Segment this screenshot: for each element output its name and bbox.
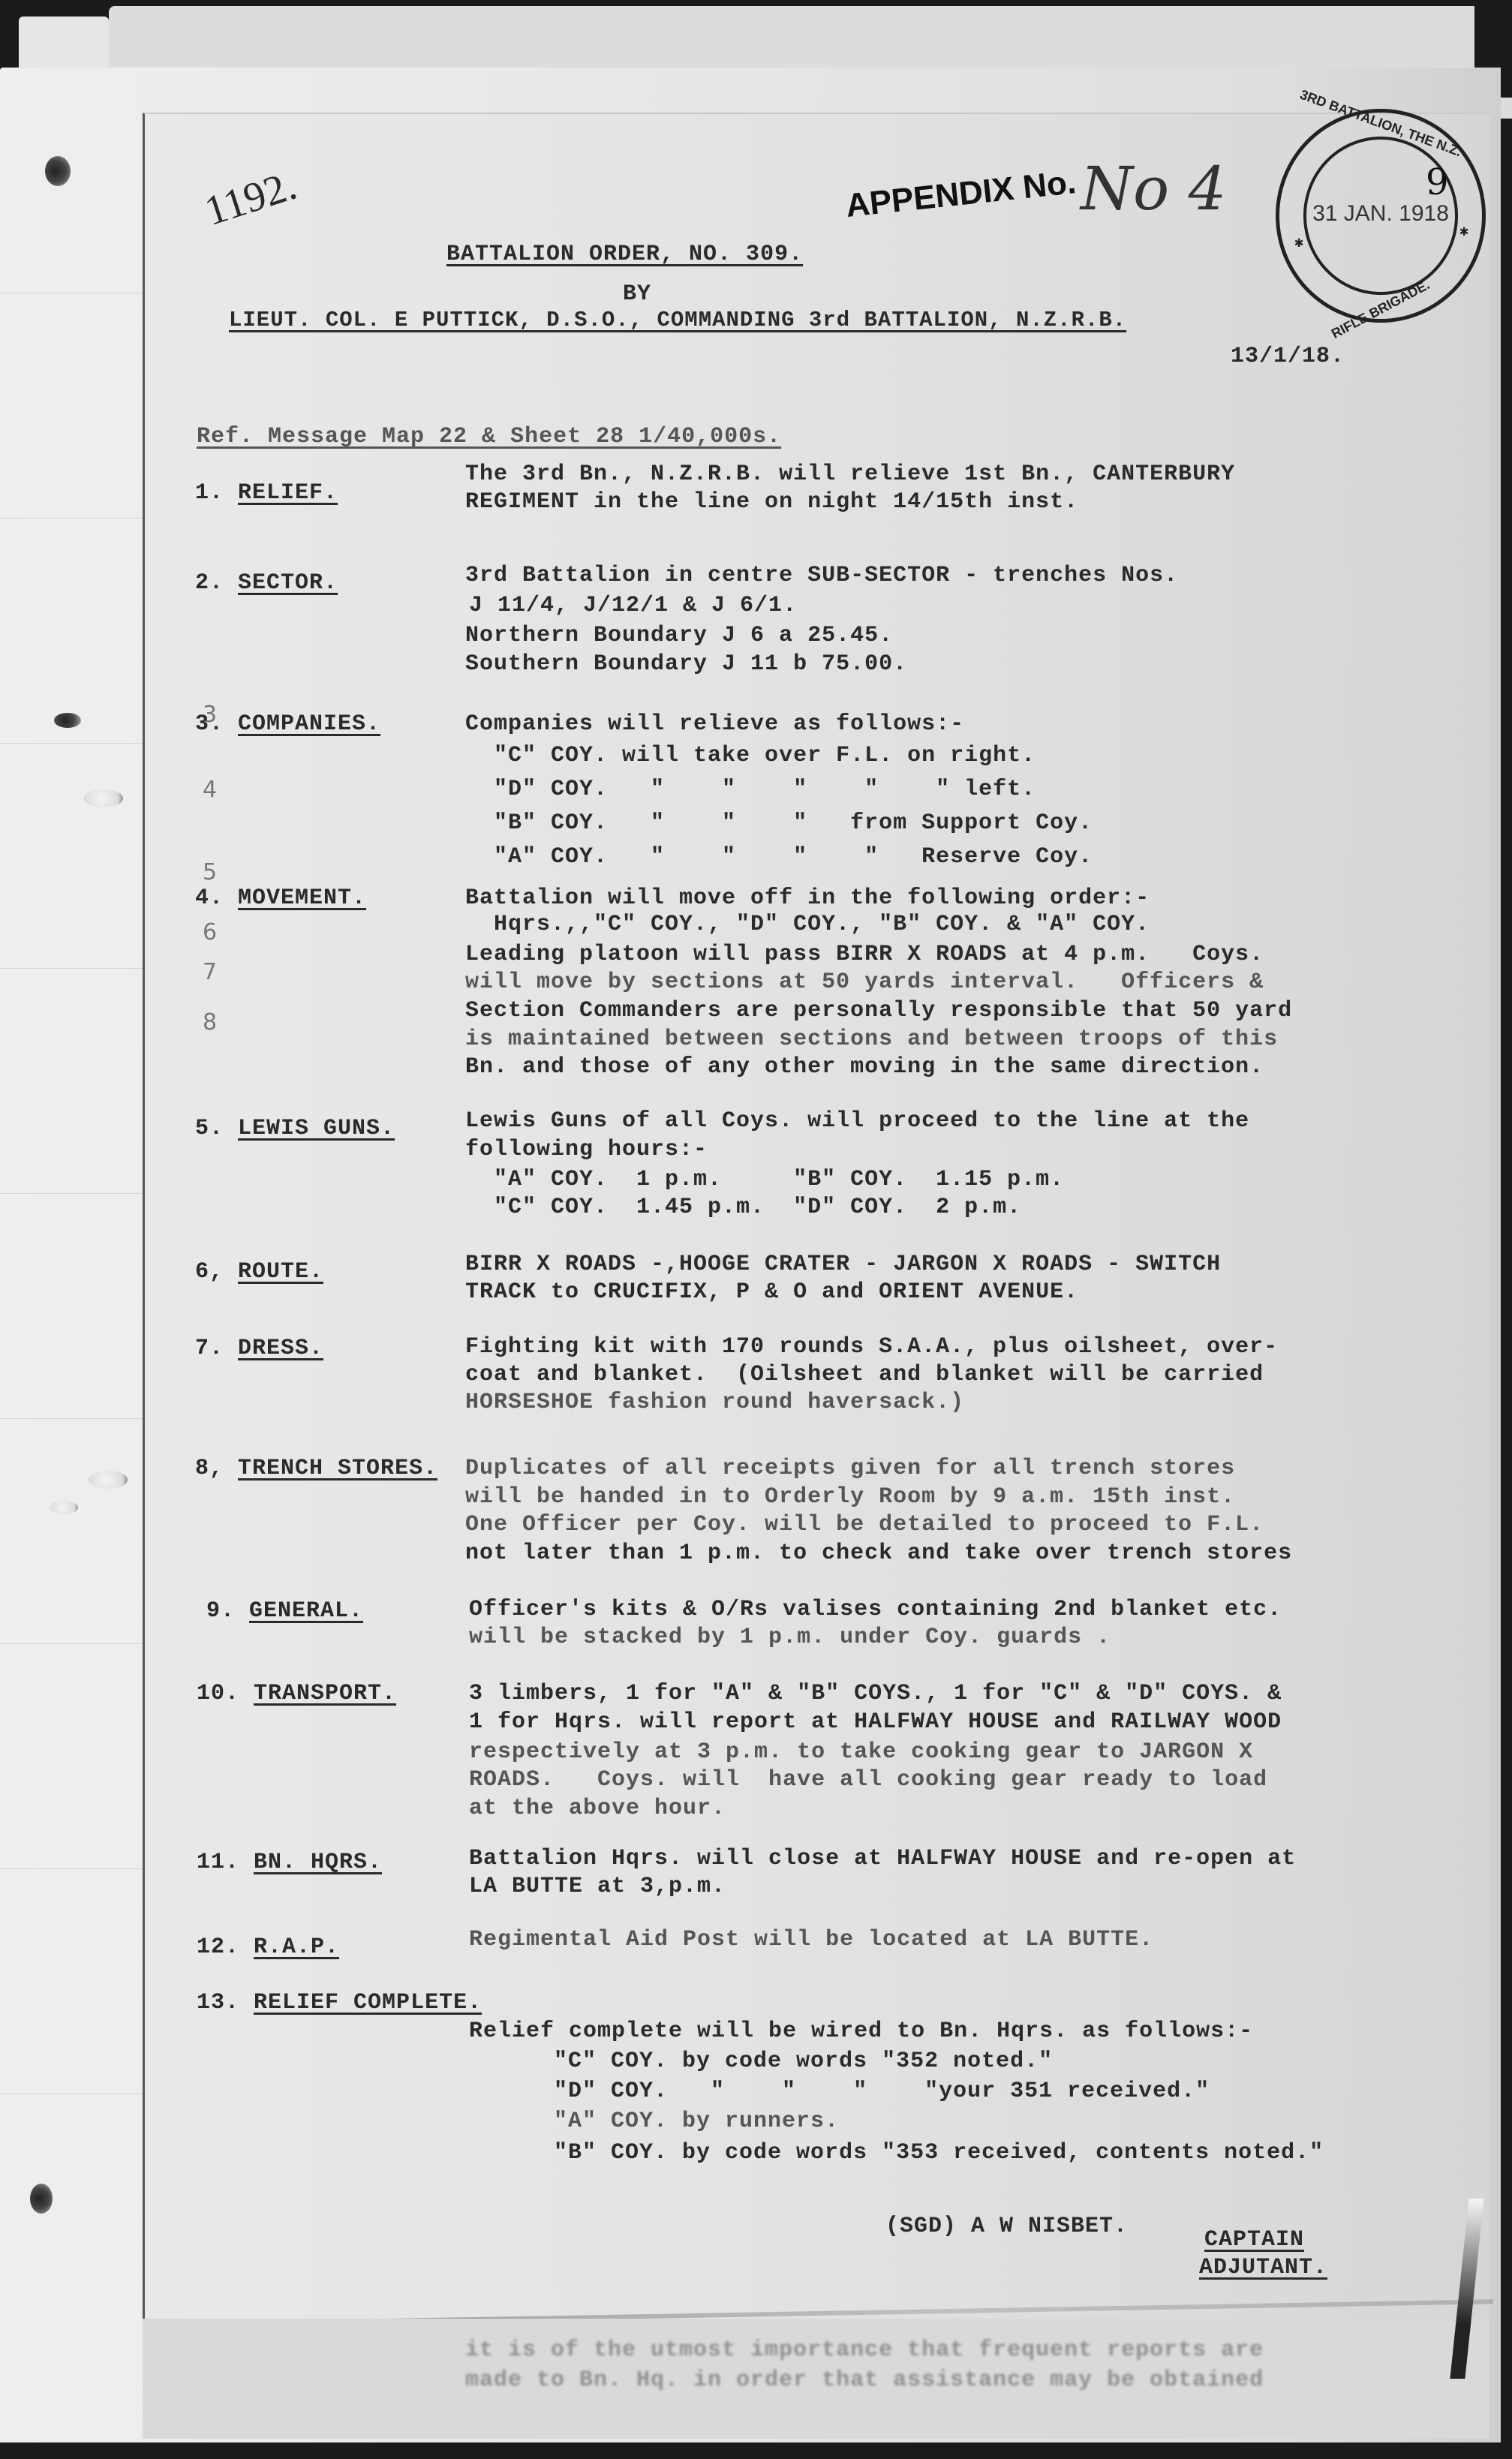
section-line: 3 limbers, 1 for "A" & "B" COYS., 1 for …: [469, 1681, 1282, 1706]
section-label: RELIEF.: [238, 480, 338, 506]
section-label: RELIEF COMPLETE.: [254, 1990, 482, 2016]
margin-number: 5: [203, 859, 217, 885]
section-number: 6,: [195, 1259, 224, 1285]
section-line: REGIMENT in the line on night 14/15th in…: [465, 489, 1078, 515]
section-label: TRANSPORT.: [254, 1681, 396, 1706]
section-line: 1 for Hqrs. will report at HALFWAY HOUSE…: [469, 1709, 1282, 1735]
section-line: Lewis Guns of all Coys. will proceed to …: [465, 1108, 1249, 1134]
commander-line: LIEUT. COL. E PUTTICK, D.S.O., COMMANDIN…: [229, 308, 1126, 332]
punch-hole: [54, 713, 81, 728]
punch-hole: [50, 1501, 78, 1514]
section-number: 10.: [197, 1681, 239, 1706]
bleed-through-line: made to Bn. Hq. in order that assistance…: [465, 2367, 1264, 2393]
margin-number: 8: [203, 1009, 217, 1036]
section-line: "A" COY. by runners.: [525, 2109, 839, 2134]
section-line: "A" COY. " " " " Reserve Coy.: [465, 844, 1093, 870]
underlying-sheet: it is of the utmost importance that freq…: [143, 2319, 1489, 2439]
section-line: Companies will relieve as follows:-: [465, 711, 964, 737]
section-line: ROADS. Coys. will have all cooking gear …: [469, 1767, 1267, 1793]
section-line: Northern Boundary J 6 a 25.45.: [465, 623, 893, 648]
section-label: TRENCH STORES.: [238, 1456, 437, 1481]
ruled-line: [0, 1418, 143, 1419]
section-label: DRESS.: [238, 1336, 323, 1361]
section-line: Duplicates of all receipts given for all…: [465, 1456, 1235, 1481]
section-line: LA BUTTE at 3,p.m.: [469, 1874, 726, 1899]
section-label: BN. HQRS.: [254, 1850, 382, 1875]
section-line: will be stacked by 1 p.m. under Coy. gua…: [469, 1625, 1111, 1650]
section-number: 13.: [197, 1990, 239, 2016]
signature-rank: CAPTAIN: [1204, 2227, 1304, 2253]
ruled-line: [0, 2094, 143, 2094]
section-label: MOVEMENT.: [238, 885, 366, 911]
section-number: 2.: [195, 570, 224, 596]
ruled-line: [0, 1643, 143, 1644]
section-number: 7.: [195, 1336, 224, 1361]
punch-hole: [89, 1471, 128, 1489]
margin-number: 4: [203, 777, 217, 803]
section-number: 11.: [197, 1850, 239, 1875]
background-edge: [1501, 2191, 1512, 2459]
section-line: Bn. and those of any other moving in the…: [465, 1054, 1264, 1080]
ruled-line: [0, 518, 143, 519]
ruled-line: [0, 968, 143, 969]
section-label: ROUTE.: [238, 1259, 323, 1285]
section-number: 1.: [195, 480, 224, 506]
ruled-line: [0, 293, 143, 293]
section-line: at the above hour.: [469, 1796, 726, 1821]
section-line: "D" COY. " " " " " left.: [465, 777, 1036, 802]
section-line: is maintained between sections and betwe…: [465, 1027, 1278, 1052]
section-line: The 3rd Bn., N.Z.R.B. will relieve 1st B…: [465, 461, 1235, 487]
section-line: J 11/4, J/12/1 & J 6/1.: [469, 593, 797, 618]
star-icon: ✱: [1294, 233, 1303, 252]
ruled-line: [0, 1193, 143, 1194]
section-line: not later than 1 p.m. to check and take …: [465, 1541, 1292, 1566]
ruled-line: [0, 743, 143, 744]
punch-hole: [45, 156, 71, 186]
stamp-date: 31 JAN. 1918: [1279, 201, 1482, 227]
section-number: 8,: [195, 1456, 224, 1481]
section-line: Battalion will move off in the following…: [465, 885, 1150, 911]
section-line: Section Commanders are personally respon…: [465, 998, 1292, 1024]
section-line: One Officer per Coy. will be detailed to…: [465, 1512, 1264, 1538]
punch-hole: [84, 789, 123, 807]
section-line: "C" COY. will take over F.L. on right.: [465, 743, 1036, 768]
map-reference: Ref. Message Map 22 & Sheet 28 1/40,000s…: [197, 424, 781, 449]
section-line: Leading platoon will pass BIRR X ROADS a…: [465, 942, 1264, 967]
section-line: Regimental Aid Post will be located at L…: [469, 1927, 1153, 1952]
section-label: COMPANIES.: [238, 711, 380, 737]
section-number: 4.: [195, 885, 224, 911]
order-title: BATTALION ORDER, NO. 309.: [446, 242, 803, 267]
section-line: respectively at 3 p.m. to take cooking g…: [469, 1739, 1253, 1765]
margin-number: 6: [203, 919, 217, 945]
signature-name: (SGD) A W NISBET.: [885, 2214, 1128, 2239]
section-line: "B" COY. by code words "353 received, co…: [525, 2140, 1324, 2166]
section-number: 5.: [195, 1116, 224, 1141]
section-line: TRACK to CRUCIFIX, P & O and ORIENT AVEN…: [465, 1279, 1078, 1305]
bleed-through-line: it is of the utmost importance that freq…: [465, 2337, 1264, 2363]
section-line: Southern Boundary J 11 b 75.00.: [465, 651, 907, 677]
section-number: 3.: [195, 711, 224, 737]
section-line: "C" COY. 1.45 p.m. "D" COY. 2 p.m.: [465, 1195, 1021, 1220]
section-line: coat and blanket. (Oilsheet and blanket …: [465, 1362, 1264, 1387]
section-line: HORSESHOE fashion round haversack.): [465, 1390, 964, 1415]
signature-role: ADJUTANT.: [1199, 2255, 1327, 2280]
section-line: 3rd Battalion in centre SUB-SECTOR - tre…: [465, 563, 1178, 588]
section-line: "B" COY. " " " from Support Coy.: [465, 810, 1093, 836]
section-line: Hqrs.,,"C" COY., "D" COY., "B" COY. & "A…: [465, 912, 1150, 937]
punch-hole: [30, 2184, 53, 2214]
section-line: will move by sections at 50 yards interv…: [465, 969, 1264, 995]
section-line: "D" COY. " " " "your 351 received.": [525, 2079, 1210, 2104]
ruled-line: [0, 1868, 143, 1869]
section-line: "A" COY. 1 p.m. "B" COY. 1.15 p.m.: [465, 1167, 1064, 1192]
section-label: R.A.P.: [254, 1934, 339, 1960]
section-line: Officer's kits & O/Rs valises containing…: [469, 1597, 1282, 1622]
margin-number: 7: [203, 959, 217, 985]
section-line: following hours:-: [465, 1137, 708, 1162]
section-label: SECTOR.: [238, 570, 338, 596]
battalion-date-stamp: 3RD BATTALION, THE N.Z. 9 31 JAN. 1918 R…: [1276, 109, 1486, 323]
section-number: 12.: [197, 1934, 239, 1960]
section-line: Fighting kit with 170 rounds S.A.A., plu…: [465, 1334, 1278, 1360]
section-line: "C" COY. by code words "352 noted.": [525, 2049, 1053, 2074]
section-line: will be handed in to Orderly Room by 9 a…: [465, 1484, 1235, 1510]
section-line: Battalion Hqrs. will close at HALFWAY HO…: [469, 1846, 1296, 1871]
section-label: GENERAL.: [249, 1598, 363, 1624]
order-by: BY: [623, 281, 651, 307]
section-label: LEWIS GUNS.: [238, 1116, 395, 1141]
stamp-number: 9: [1426, 161, 1449, 203]
section-line: Relief complete will be wired to Bn. Hqr…: [469, 2019, 1253, 2044]
order-date: 13/1/18.: [1231, 344, 1345, 369]
star-icon: ✱: [1459, 221, 1468, 241]
appendix-handwritten-number: No 4: [1081, 154, 1227, 224]
section-number: 9.: [206, 1598, 235, 1624]
section-line: BIRR X ROADS -,HOOGE CRATER - JARGON X R…: [465, 1252, 1221, 1277]
